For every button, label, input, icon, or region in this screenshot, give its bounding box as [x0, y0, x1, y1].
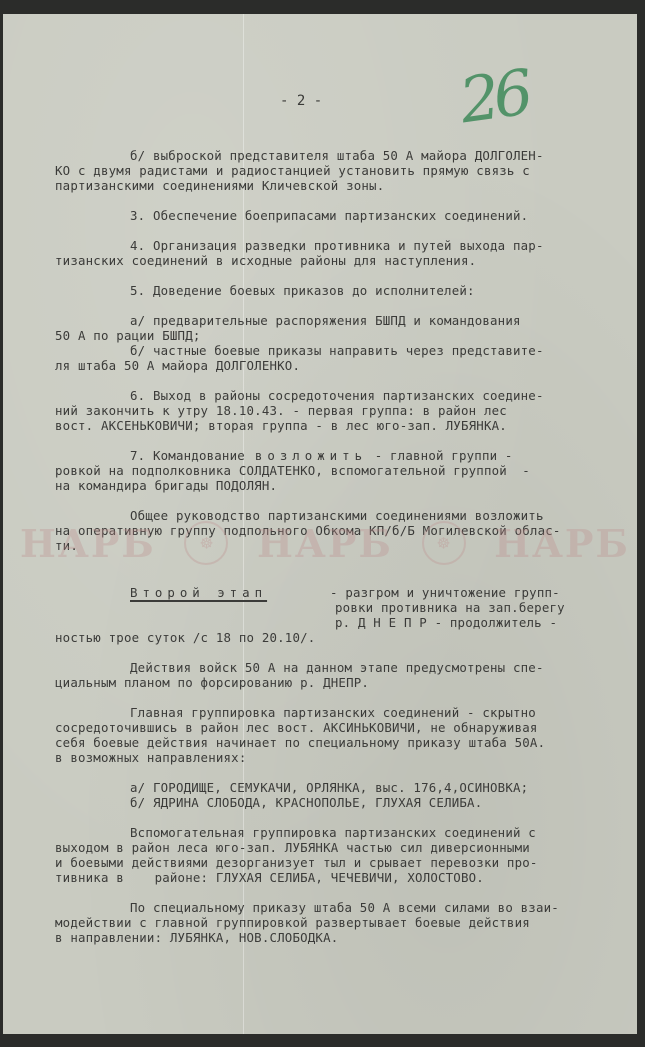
typed-text-line: Действия войск 50 А на данном этапе пред…: [130, 660, 544, 675]
typed-text-line: р. Д Н Е П Р - продолжитель -: [335, 615, 557, 630]
typed-text-line: выходом в район леса юго-зап. ЛУБЯНКА ча…: [55, 840, 530, 855]
typed-text-line: 4. Организация разведки противника и пут…: [130, 238, 544, 253]
typed-text-line: на оперативную группу подпольного Обкома…: [55, 523, 561, 538]
typed-text-line: циальным планом по форсированию р. ДНЕПР…: [55, 675, 369, 690]
section-heading-second-stage: Второй этап: [130, 585, 267, 600]
spaced-emphasis-word: возложить: [255, 448, 367, 463]
typed-text-line: По специальному приказу штаба 50 А всеми…: [130, 900, 559, 915]
typed-text-line: б/ выброской представителя штаба 50 А ма…: [130, 148, 544, 163]
page-number: - 2 -: [280, 93, 322, 109]
typed-text-line: ностью трое суток /с 18 по 20.10/.: [55, 630, 315, 645]
typed-text-line: и боевыми действиями дезорганизует тыл и…: [55, 855, 538, 870]
typed-text-line: ля штаба 50 А майора ДОЛГОЛЕНКО.: [55, 358, 300, 373]
typed-text-line: вост. АКСЕНЬКОВИЧИ; вторая группа - в ле…: [55, 418, 507, 433]
typed-text-line: тивника в районе: ГЛУХАЯ СЕЛИБА, ЧЕЧЕВИЧ…: [55, 870, 484, 885]
typed-text-line: в возможных направлениях:: [55, 750, 247, 765]
text-segment: - главной группи -: [367, 448, 513, 463]
typed-text-line: ти.: [55, 538, 78, 553]
typed-text-line: ний закончить к утру 18.10.43. - первая …: [55, 403, 507, 418]
typed-text-line: на командира бригады ПОДОЛЯН.: [55, 478, 277, 493]
text-segment: 7. Командование: [130, 448, 245, 463]
typed-text-line: - разгром и уничтожение групп-: [330, 585, 560, 600]
typed-text-line: модействии с главной группировкой развер…: [55, 915, 530, 930]
typed-text-line: КО с двумя радистами и радиостанцией уст…: [55, 163, 530, 178]
typed-text-line: в направлении: ЛУБЯНКА, НОВ.СЛОБОДКА.: [55, 930, 338, 945]
typed-text-line: сосредоточившись в район лес вост. АКСИН…: [55, 720, 538, 735]
typed-text-line: б/ частные боевые приказы направить чере…: [130, 343, 544, 358]
handwritten-folio-number: 26: [455, 56, 531, 138]
typed-text-line: б/ ЯДРИНА СЛОБОДА, КРАСНОПОЛЬЕ, ГЛУХАЯ С…: [130, 795, 482, 810]
typed-text-line: 5. Доведение боевых приказов до исполнит…: [130, 283, 475, 298]
typed-text-line: 6. Выход в районы сосредоточения партиза…: [130, 388, 544, 403]
typed-text-line: тизанских соединений в исходные районы д…: [55, 253, 476, 268]
typed-text-line: а/ предварительные распоряжения БШПД и к…: [130, 313, 521, 328]
typed-text-line: ровкой на подполковника СОЛДАТЕНКО, вспо…: [55, 463, 530, 478]
typed-text-line: Главная группировка партизанских соедине…: [130, 705, 536, 720]
typed-text-line: 3. Обеспечение боеприпасами партизанских…: [130, 208, 528, 223]
typed-text-line: себя боевые действия начинает по специал…: [55, 735, 545, 750]
typed-text-line: 50 А по рации БШПД;: [55, 328, 201, 343]
typed-text-line: Вспомогательная группировка партизанских…: [130, 825, 536, 840]
typed-text-line: партизанскими соединениями Кличевской зо…: [55, 178, 384, 193]
typed-text-line: а/ ГОРОДИЩЕ, СЕМУКАЧИ, ОРЛЯНКА, выс. 176…: [130, 780, 528, 795]
typed-text-line: Общее руководство партизанскими соединен…: [130, 508, 544, 523]
typed-text-line: 7. Командованиевозложить - главной групп…: [130, 448, 513, 463]
typed-text-line: ровки противника на зап.берегу: [335, 600, 565, 615]
